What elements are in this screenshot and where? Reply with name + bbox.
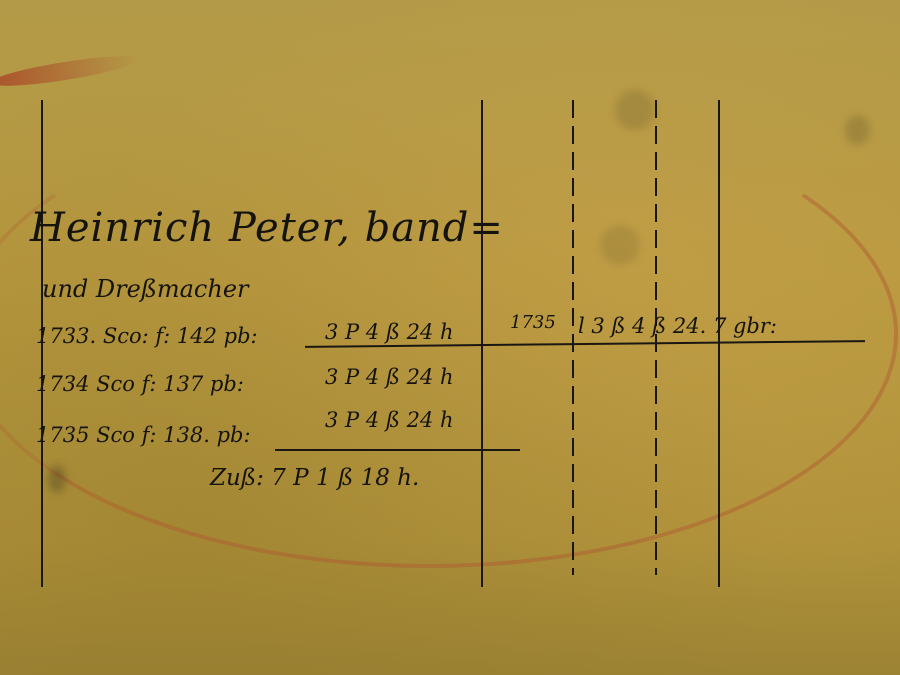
label: pb: <box>217 423 251 447</box>
right-column-entry: l 3 ß 4 ß 24. 7 gbr: <box>578 314 777 338</box>
ref: Sco f: 137 <box>96 372 203 396</box>
ink-spot <box>48 465 66 493</box>
total-sum: Zuß: 7 P 1 ß 18 h. <box>210 465 419 491</box>
ink-spot <box>615 90 655 130</box>
year: 1734 <box>36 372 89 396</box>
ref: Sco: f: 142 <box>103 324 217 348</box>
entry-name: Heinrich Peter, band= <box>30 205 504 251</box>
ledger-row-1733: 1733. Sco: f: 142 pb: <box>36 324 258 348</box>
ink-spot <box>600 225 640 265</box>
sum-line <box>275 449 520 451</box>
year: 1735 <box>36 423 89 447</box>
ref: Sco f: 138. <box>96 423 210 447</box>
red-stain <box>0 50 140 91</box>
amount: 3 P 4 ß 24 h <box>325 365 454 389</box>
year: 1733. <box>36 324 96 348</box>
label: pb: <box>224 324 258 348</box>
ink-spot <box>845 115 870 145</box>
ledger-row-1734: 1734 Sco f: 137 pb: <box>36 372 244 396</box>
amount: 3 P 4 ß 24 h <box>325 408 454 432</box>
label: pb: <box>210 372 244 396</box>
year-note: 1735 <box>510 312 556 333</box>
entry-occupation: und Dreßmacher <box>42 275 249 303</box>
ledger-page: Heinrich Peter, band= und Dreßmacher 173… <box>0 0 900 675</box>
column-rule-dashed <box>572 100 574 575</box>
amount: 3 P 4 ß 24 h <box>325 320 454 344</box>
ledger-row-1735: 1735 Sco f: 138. pb: <box>36 423 251 447</box>
